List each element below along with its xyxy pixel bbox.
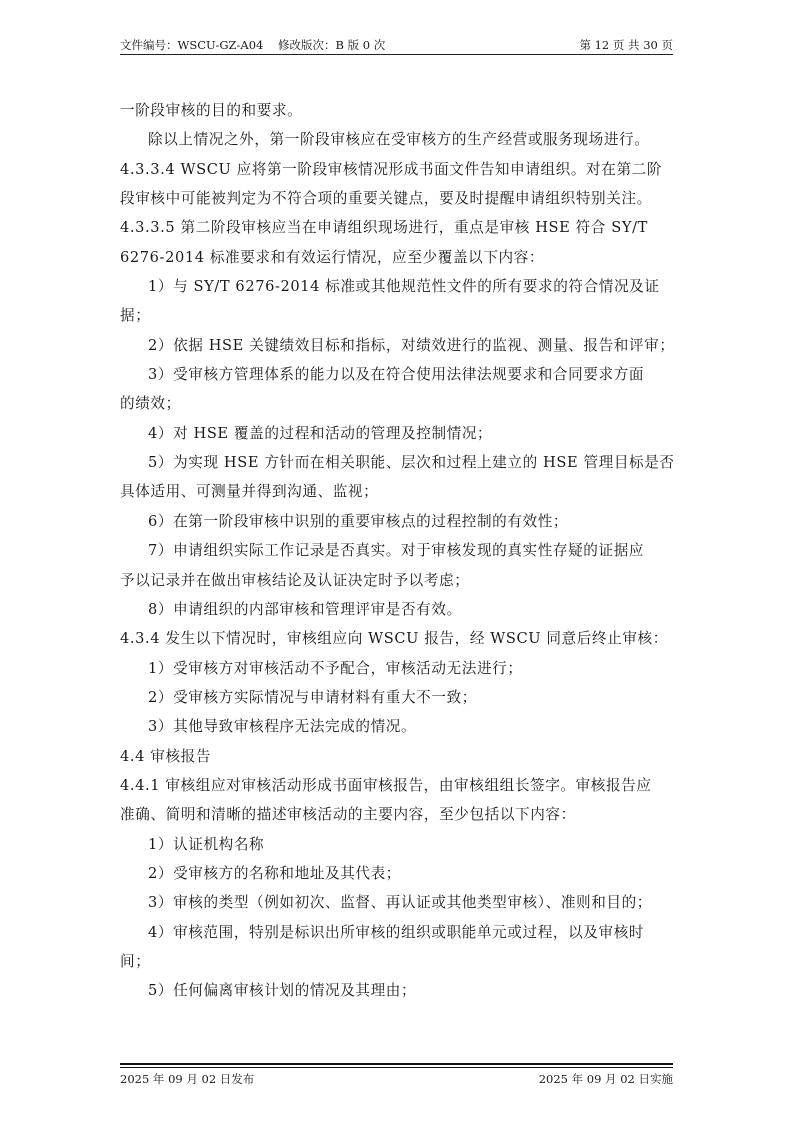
document-body: 一阶段审核的目的和要求。除以上情况之外，第一阶段审核应在受审核方的生产经营或服务…	[120, 96, 673, 1006]
effective-date: 2025 年 09 月 02 日实施	[539, 1071, 673, 1087]
text-line: 除以上情况之外，第一阶段审核应在受审核方的生产经营或服务现场进行。	[120, 125, 673, 154]
text-line: 一阶段审核的目的和要求。	[120, 96, 673, 125]
issued-date: 2025 年 09 月 02 日发布	[120, 1071, 254, 1087]
text-line: 1）与 SY/T 6276-2014 标准或其他规范性文件的所有要求的符合情况及…	[120, 272, 673, 301]
text-line: 4.3.4 发生以下情况时，审核组应向 WSCU 报告，经 WSCU 同意后终止…	[120, 624, 673, 653]
text-line: 2）受审核方的名称和地址及其代表；	[120, 859, 673, 888]
document-number: 文件编号：WSCU-GZ-A04	[120, 37, 263, 53]
text-line: 5）任何偏离审核计划的情况及其理由；	[120, 976, 673, 1005]
page-info: 第 12 页 共 30 页	[579, 37, 673, 53]
text-line: 4）对 HSE 覆盖的过程和活动的管理及控制情况；	[120, 419, 673, 448]
text-line: 4.3.3.5 第二阶段审核应当在申请组织现场进行，重点是审核 HSE 符合 S…	[120, 213, 673, 242]
page-header: 文件编号：WSCU-GZ-A04 修改版次：B 版 0 次 第 12 页 共 3…	[120, 36, 673, 55]
text-line: 6）在第一阶段审核中识别的重要审核点的过程控制的有效性；	[120, 507, 673, 536]
text-line: 段审核中可能被判定为不符合项的重要关键点，要及时提醒申请组织特别关注。	[120, 184, 673, 213]
text-line: 2）依据 HSE 关键绩效目标和指标，对绩效进行的监视、测量、报告和评审；	[120, 331, 673, 360]
text-line: 4.4.1 审核组应对审核活动形成书面审核报告，由审核组组长签字。审核报告应	[120, 771, 673, 800]
text-line: 具体适用、可测量并得到沟通、监视；	[120, 477, 673, 506]
text-line: 1）认证机构名称	[120, 830, 673, 859]
text-line: 4.3.3.4 WSCU 应将第一阶段审核情况形成书面文件告知申请组织。对在第二…	[120, 155, 673, 184]
text-line: 的绩效；	[120, 389, 673, 418]
text-line: 2）受审核方实际情况与申请材料有重大不一致；	[120, 683, 673, 712]
text-line: 4.4 审核报告	[120, 742, 673, 771]
text-line: 7）申请组织实际工作记录是否真实。对于审核发现的真实性存疑的证据应	[120, 536, 673, 565]
revision-info: 修改版次：B 版 0 次	[278, 37, 385, 53]
text-line: 3）受审核方管理体系的能力以及在符合使用法律法规要求和合同要求方面	[120, 360, 673, 389]
text-line: 予以记录并在做出审核结论及认证决定时予以考虑；	[120, 566, 673, 595]
footer-divider	[120, 1063, 673, 1068]
text-line: 8）申请组织的内部审核和管理评审是否有效。	[120, 595, 673, 624]
text-line: 3）审核的类型（例如初次、监督、再认证或其他类型审核）、准则和目的；	[120, 888, 673, 917]
text-line: 6276-2014 标准要求和有效运行情况，应至少覆盖以下内容：	[120, 243, 673, 272]
text-line: 据；	[120, 301, 673, 330]
text-line: 间；	[120, 947, 673, 976]
text-line: 5）为实现 HSE 方针而在相关职能、层次和过程上建立的 HSE 管理目标是否	[120, 448, 673, 477]
text-line: 1）受审核方对审核活动不予配合，审核活动无法进行；	[120, 654, 673, 683]
text-line: 准确、简明和清晰的描述审核活动的主要内容，至少包括以下内容：	[120, 800, 673, 829]
text-line: 4）审核范围，特别是标识出所审核的组织或职能单元或过程，以及审核时	[120, 918, 673, 947]
text-line: 3）其他导致审核程序无法完成的情况。	[120, 712, 673, 741]
